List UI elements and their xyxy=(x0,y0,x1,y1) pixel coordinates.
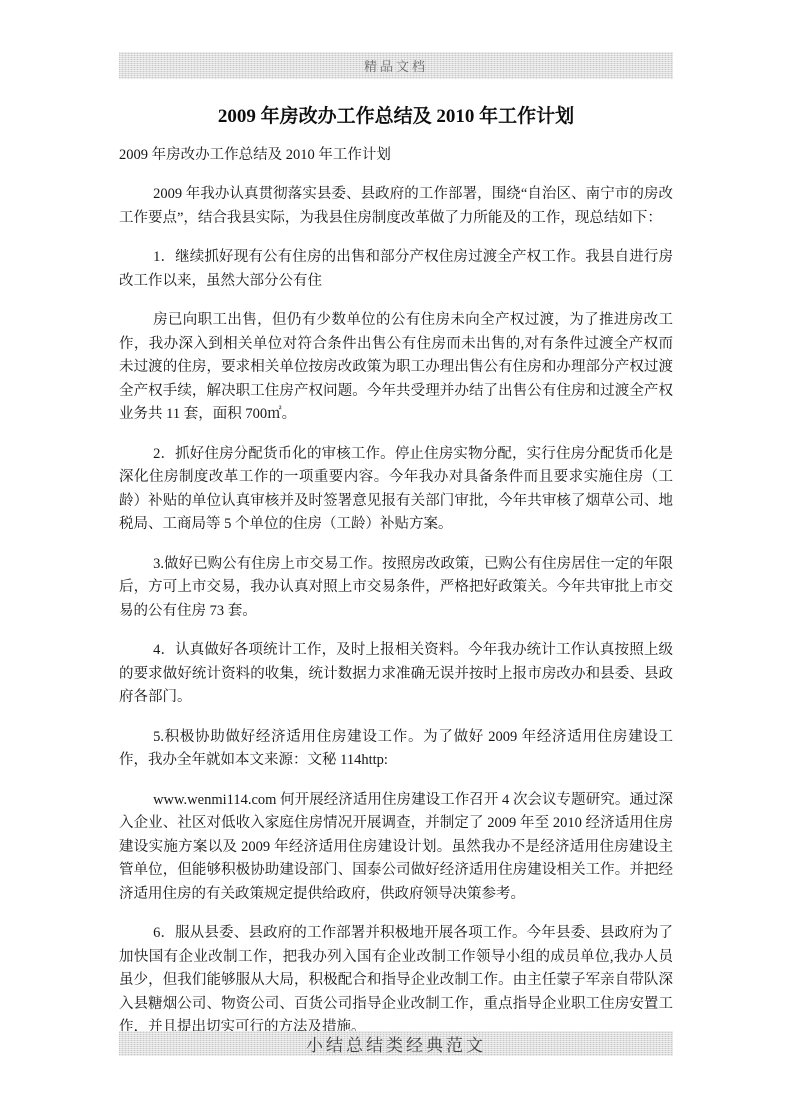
document-page: 精品文档 2009 年房改办工作总结及 2010 年工作计划 2009 年房改办… xyxy=(0,0,792,1120)
paragraph: 3.做好已购公有住房上市交易工作。按照房改政策，已购公有住房居住一定的年限后，方… xyxy=(119,553,673,624)
footer-banner-label: 小结总结类经典范文 xyxy=(306,1031,486,1056)
paragraph: 1．继续抓好现有公有住房的出售和部分产权住房过渡全产权工作。我县自进行房改工作以… xyxy=(119,246,673,293)
paragraph: 2009 年我办认真贯彻落实县委、县政府的工作部署，围绕“自治区、南宁市的房改工… xyxy=(119,183,673,230)
paragraph: www.wenmi114.com 何开展经济适用住房建设工作召开 4 次会议专题… xyxy=(119,789,673,907)
footer-banner: 小结总结类经典范文 xyxy=(119,1031,673,1056)
document-content: 2009 年房改办工作总结及 2010 年工作计划 2009 年房改办工作总结及… xyxy=(119,0,673,1056)
paragraph: 4．认真做好各项统计工作，及时上报相关资料。今年我办统计工作认真按照上级的要求做… xyxy=(119,639,673,710)
document-body: 2009 年我办认真贯彻落实县委、县政府的工作部署，围绕“自治区、南宁市的房改工… xyxy=(119,183,673,1040)
paragraph: 6．服从县委、县政府的工作部署并积极地开展各项工作。今年县委、县政府为了加快国有… xyxy=(119,922,673,1040)
paragraph: 5.积极协助做好经济适用住房建设工作。为了做好 2009 年经济适用住房建设工作… xyxy=(119,726,673,773)
paragraph: 2．抓好住房分配货币化的审核工作。停止住房实物分配，实行住房分配货币化是深化住房… xyxy=(119,443,673,537)
paragraph: 房已向职工出售，但仍有少数单位的公有住房未向全产权过渡，为了推进房改工作，我办深… xyxy=(119,309,673,427)
document-title: 2009 年房改办工作总结及 2010 年工作计划 xyxy=(119,104,673,129)
document-subtitle: 2009 年房改办工作总结及 2010 年工作计划 xyxy=(119,146,673,164)
